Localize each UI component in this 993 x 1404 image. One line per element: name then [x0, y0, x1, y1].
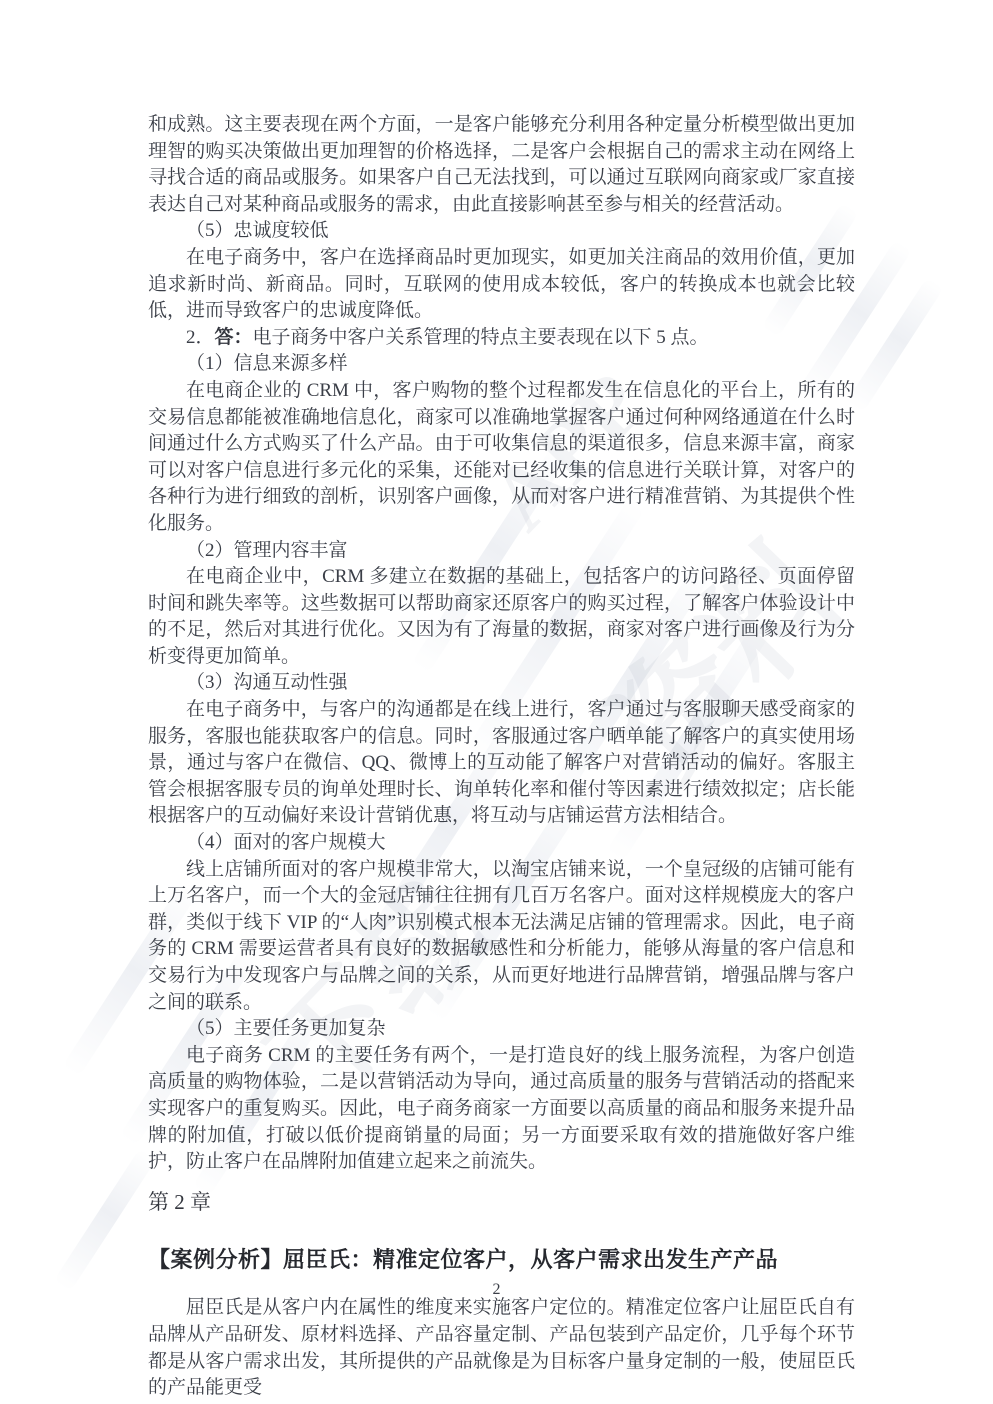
document-page: 资料 下载 APP 和成熟。这主要表现在两个方面，一是客户能够充分利用各种定量分…: [0, 0, 993, 1404]
paragraph: 屈臣氏是从客户内在属性的维度来实施客户定位的。精准定位客户让屈臣氏自有品牌从产品…: [148, 1295, 855, 1401]
item-heading: （5）主要任务更加复杂: [148, 1016, 855, 1043]
page-number: 2: [0, 1281, 993, 1299]
item-heading: （2）管理内容丰富: [148, 538, 855, 565]
paragraph: 线上店铺所面对的客户规模非常大，以淘宝店铺来说，一个皇冠级的店铺可能有上万名客户…: [148, 857, 855, 1017]
paragraph: 在电商企业的 CRM 中，客户购物的整个过程都发生在信息化的平台上，所有的交易信…: [148, 378, 855, 538]
answer-number: 2．: [186, 327, 215, 348]
item-heading: （1）信息来源多样: [148, 351, 855, 378]
paragraph: 电子商务 CRM 的主要任务有两个，一是打造良好的线上服务流程，为客户创造高质量…: [148, 1043, 855, 1176]
item-heading: （4）面对的客户规模大: [148, 830, 855, 857]
answer-line: 2．答：电子商务中客户关系管理的特点主要表现在以下 5 点。: [148, 325, 855, 352]
chapter-heading: 第 2 章: [148, 1189, 855, 1216]
paragraph: 和成熟。这主要表现在两个方面，一是客户能够充分利用各种定量分析模型做出更加理智的…: [148, 112, 855, 218]
watermark-stroke: [846, 277, 944, 414]
answer-label: 答：: [215, 327, 253, 348]
paragraph: 在电子商务中，与客户的沟通都是在线上进行，客户通过与客服聊天感受商家的服务，客服…: [148, 697, 855, 830]
item-heading: （3）沟通互动性强: [148, 670, 855, 697]
paragraph: 在电子商务中，客户在选择商品时更加现实，如更加关注商品的效用价值，更加追求新时尚…: [148, 245, 855, 325]
answer-text: 电子商务中客户关系管理的特点主要表现在以下 5 点。: [253, 327, 709, 348]
watermark-stroke: [53, 1147, 157, 1292]
page-content: 和成熟。这主要表现在两个方面，一是客户能够充分利用各种定量分析模型做出更加理智的…: [148, 112, 855, 1402]
item-heading: （5）忠诚度较低: [148, 218, 855, 245]
paragraph: 在电商企业中，CRM 多建立在数据的基础上，包括客户的访问路径、页面停留时间和跳…: [148, 564, 855, 670]
case-analysis-heading: 【案例分析】屈臣氏：精准定位客户，从客户需求出发生产产品: [148, 1245, 855, 1275]
